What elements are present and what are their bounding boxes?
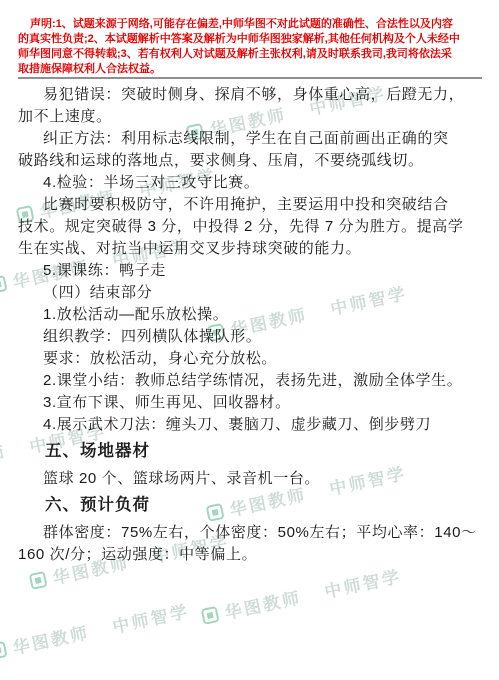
text-line: 3.宣布下课、师生再见、回收器材。 — [18, 392, 485, 414]
text-line: 易犯错误：突破时侧身、探肩不够，身体重心高，后蹬无力， — [18, 84, 485, 106]
text-line: （四）结束部分 — [18, 282, 485, 304]
text-line: 4.检验：半场三对三攻守比赛。 — [18, 172, 485, 194]
text-line: 组织教学：四列横队体操队形。 — [18, 326, 485, 348]
disclaimer-notice: 声明:1、试题来源于网络,可能存在偏差,中师华图不对此试题的准确性、合法性以及内… — [18, 17, 485, 77]
disclaimer-line: 师华图同意不得转载;3、若有权利人对试题及解析主张权利,请及时联系我司,我司将依… — [18, 47, 485, 62]
text-line: 1.放松活动—配乐放松操。 — [18, 304, 485, 326]
text-line: 破路线和运球的落地点，要求侧身、压肩，不要绕弧线切。 — [18, 150, 485, 172]
section-heading: 五、场地器材 — [18, 440, 485, 463]
text-line: 160 次/分；运动强度：中等偏上。 — [18, 544, 485, 566]
text-line: 5.课课练：鸭子走 — [18, 260, 485, 282]
disclaimer-line: 的真实性负责;2、本试题解析中答案及解析为中师华图独家解析,其他任何机构及个人未… — [18, 32, 485, 47]
text-line: 比赛时要积极防守，不许用掩护，主要运用中投和突破结合 — [18, 194, 485, 216]
text-line: 要求：放松活动，身心充分放松。 — [18, 348, 485, 370]
text-line: 篮球 20 个、篮球场两片、录音机一台。 — [18, 468, 485, 490]
text-line: 4.展示武术刀法：缠头刀、裹脑刀、虚步藏刀、倒步劈刀 — [18, 414, 485, 436]
text-line: 群体密度：75%左右，个体密度：50%左右；平均心率：140～ — [18, 522, 485, 544]
disclaimer-line: 声明:1、试题来源于网络,可能存在偏差,中师华图不对此试题的准确性、合法性以及内… — [18, 17, 485, 32]
text-line: 纠正方法：利用标志线限制，学生在自己面前画出正确的突 — [18, 128, 485, 150]
document-body: 易犯错误：突破时侧身、探肩不够，身体重心高，后蹬无力，加不上速度。纠正方法：利用… — [18, 84, 485, 566]
document-page: 华图教师中师智学华图教师中师智学华图教师中师智学华图教师中师智学华图教师中师智学… — [0, 0, 499, 680]
section-divider — [18, 77, 482, 79]
text-line: 技术。规定突破得 3 分，中投得 2 分，先得 7 分为胜方。提高学 — [18, 216, 485, 238]
text-line: 2.课堂小结：教师总结学练情况，表扬先进，激励全体学生。 — [18, 370, 485, 392]
text-line: 加不上速度。 — [18, 106, 485, 128]
section-heading: 六、预计负荷 — [18, 494, 485, 517]
document-content: 声明:1、试题来源于网络,可能存在偏差,中师华图不对此试题的准确性、合法性以及内… — [0, 0, 499, 680]
text-line: 生在实战、对抗当中运用交叉步持球突破的能力。 — [18, 238, 485, 260]
disclaimer-line: 取措施保障权利人合法权益。 — [18, 62, 485, 77]
